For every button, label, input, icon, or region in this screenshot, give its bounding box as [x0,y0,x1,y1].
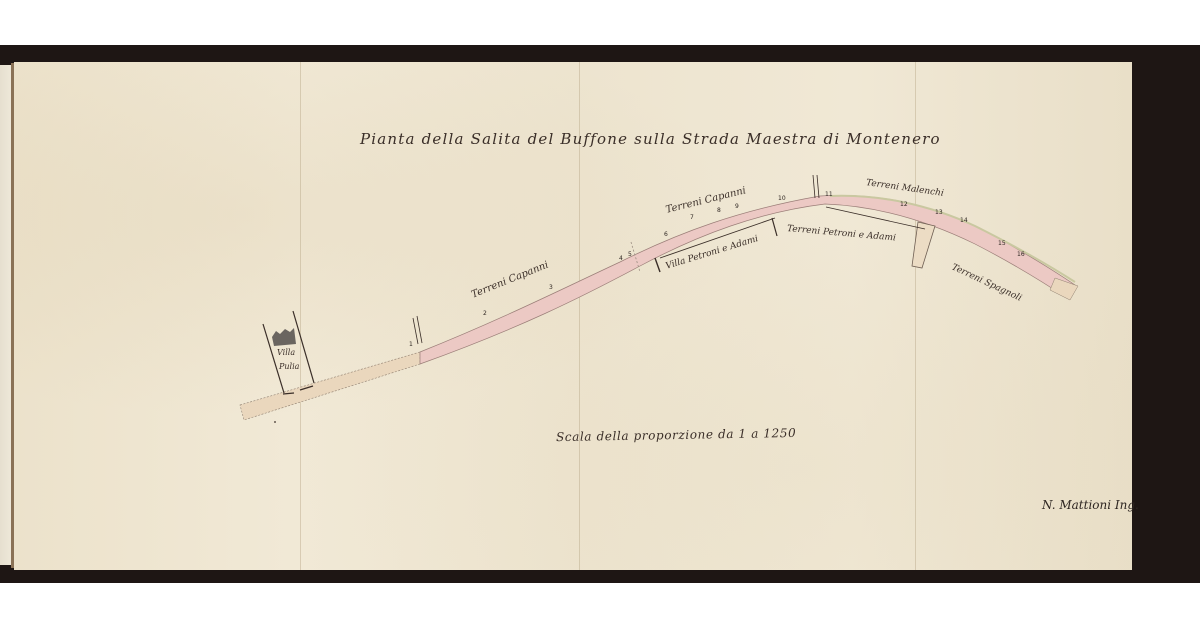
svg-text:13: 13 [935,209,943,216]
label-villa-pulia-line2: Pulia [279,362,299,371]
svg-text:10: 10 [778,195,786,202]
svg-text:11: 11 [825,191,833,198]
svg-text:15: 15 [998,240,1006,247]
svg-text:4: 4 [619,255,623,262]
villa-pulia-building [272,328,296,346]
label-villa-pulia-line1: Villa [277,348,295,357]
svg-text:7: 7 [690,214,694,221]
engineer-signature: N. Mattioni Ing. [1042,498,1139,512]
map-title: Pianta della Salita del Buffone sulla St… [360,130,941,148]
svg-text:3: 3 [549,284,553,291]
road-plan-drawing: 1 2 3 4 5 6 7 8 9 10 11 12 13 14 15 16 [0,0,1200,628]
svg-text:14: 14 [960,217,968,224]
svg-text:8: 8 [717,207,721,214]
road-segment-lower [240,352,420,420]
svg-text:16: 16 [1017,251,1025,258]
svg-text:12: 12 [900,201,908,208]
svg-text:5: 5 [628,251,632,258]
svg-text:6: 6 [664,231,668,238]
svg-text:1: 1 [409,341,413,348]
boundary-line [413,318,418,344]
svg-text:9: 9 [735,203,739,210]
svg-text:2: 2 [483,310,487,317]
